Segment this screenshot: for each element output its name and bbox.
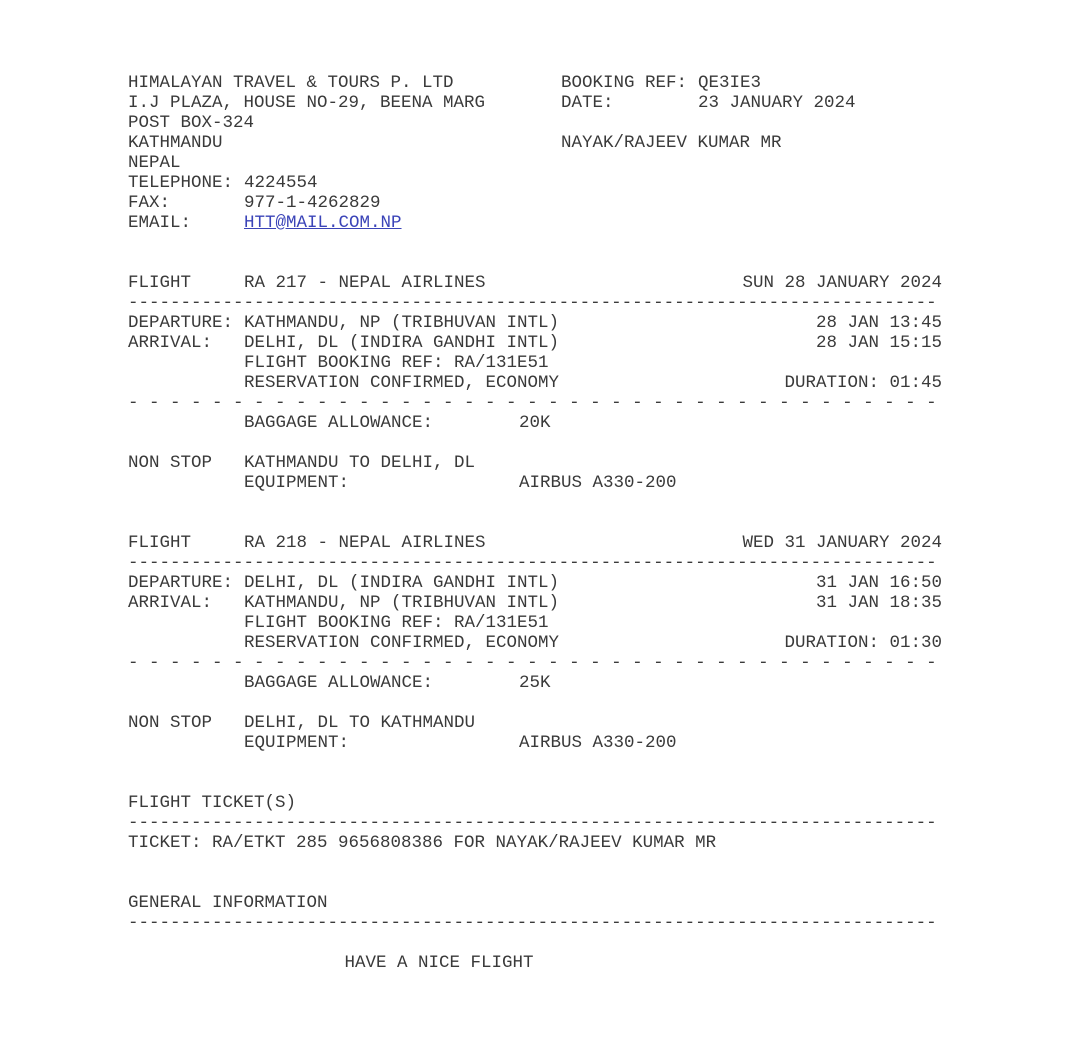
arrival-airport: KATHMANDU, NP (TRIBHUVAN INTL) <box>244 593 559 613</box>
spacer <box>128 933 942 953</box>
header-line-3: POST BOX-324 <box>128 113 942 133</box>
arrival-label: ARRIVAL: <box>128 593 212 613</box>
reservation-row: RESERVATION CONFIRMED, ECONOMY DURATION:… <box>128 373 942 393</box>
fax-label: FAX: <box>128 193 170 213</box>
equipment-value: AIRBUS A330-200 <box>519 473 677 493</box>
booking-ref-row: FLIGHT BOOKING REF: RA/131E51 <box>128 353 942 373</box>
arrival-row: ARRIVAL: KATHMANDU, NP (TRIBHUVAN INTL) … <box>128 593 942 613</box>
fax-value: 977-1-4262829 <box>244 193 381 213</box>
departure-row: DEPARTURE: KATHMANDU, NP (TRIBHUVAN INTL… <box>128 313 942 333</box>
flight-date: SUN 28 JANUARY 2024 <box>742 273 942 293</box>
agency-address-line1: I.J PLAZA, HOUSE NO-29, BEENA MARG <box>128 93 485 113</box>
general-info-section: GENERAL INFORMATION --------------------… <box>128 893 942 973</box>
spacer <box>128 693 942 713</box>
header-line-1: HIMALAYAN TRAVEL & TOURS P. LTD BOOKING … <box>128 73 942 93</box>
header-line-4: KATHMANDU NAYAK/RAJEEV KUMAR MR <box>128 133 942 153</box>
email-link[interactable]: HTT@MAIL.COM.NP <box>244 213 402 233</box>
flight-booking-ref: FLIGHT BOOKING REF: RA/131E51 <box>244 353 549 373</box>
spacer <box>128 853 942 893</box>
equipment-row: EQUIPMENT: AIRBUS A330-200 <box>128 733 942 753</box>
equipment-row: EQUIPMENT: AIRBUS A330-200 <box>128 473 942 493</box>
solid-separator: ----------------------------------------… <box>128 553 942 573</box>
ticket-number: TICKET: RA/ETKT 285 9656808386 FOR NAYAK… <box>128 833 716 853</box>
agency-address-line2: POST BOX-324 <box>128 113 254 133</box>
equipment-value: AIRBUS A330-200 <box>519 733 677 753</box>
reservation-status: RESERVATION CONFIRMED, ECONOMY <box>244 373 559 393</box>
solid-separator: ----------------------------------------… <box>128 293 942 313</box>
tickets-heading-text: FLIGHT TICKET(S) <box>128 793 296 813</box>
solid-separator: ----------------------------------------… <box>128 813 942 833</box>
arrival-airport: DELHI, DL (INDIRA GANDHI INTL) <box>244 333 559 353</box>
departure-time: 31 JAN 16:50 <box>816 573 942 593</box>
reservation-status: RESERVATION CONFIRMED, ECONOMY <box>244 633 559 653</box>
booking-ref-value: QE3IE3 <box>698 73 761 93</box>
booking-ref-row: FLIGHT BOOKING REF: RA/131E51 <box>128 613 942 633</box>
email-row: EMAIL: HTT@MAIL.COM.NP <box>128 213 942 233</box>
email-label: EMAIL: <box>128 213 191 233</box>
general-heading: GENERAL INFORMATION <box>128 893 942 913</box>
flight-duration: DURATION: 01:45 <box>784 373 942 393</box>
spacer <box>128 493 942 533</box>
arrival-row: ARRIVAL: DELHI, DL (INDIRA GANDHI INTL) … <box>128 333 942 353</box>
route: KATHMANDU TO DELHI, DL <box>244 453 475 473</box>
route-row: NON STOP KATHMANDU TO DELHI, DL <box>128 453 942 473</box>
closing-message: HAVE A NICE FLIGHT <box>128 953 750 973</box>
equipment-label: EQUIPMENT: <box>244 473 349 493</box>
flight-duration: DURATION: 01:30 <box>784 633 942 653</box>
arrival-time: 31 JAN 18:35 <box>816 593 942 613</box>
reservation-row: RESERVATION CONFIRMED, ECONOMY DURATION:… <box>128 633 942 653</box>
arrival-time: 28 JAN 15:15 <box>816 333 942 353</box>
telephone-row: TELEPHONE: 4224554 <box>128 173 942 193</box>
itinerary-document: HIMALAYAN TRAVEL & TOURS P. LTD BOOKING … <box>128 73 942 973</box>
spacer <box>128 753 942 793</box>
spacer <box>128 233 942 273</box>
agency-city: KATHMANDU <box>128 133 223 153</box>
baggage-label: BAGGAGE ALLOWANCE: <box>244 673 433 693</box>
baggage-value: 20K <box>519 413 551 433</box>
flight-header: FLIGHT RA 218 - NEPAL AIRLINES WED 31 JA… <box>128 533 942 553</box>
departure-label: DEPARTURE: <box>128 573 233 593</box>
stop-label: NON STOP <box>128 453 212 473</box>
flight-header: FLIGHT RA 217 - NEPAL AIRLINES SUN 28 JA… <box>128 273 942 293</box>
flight-number: RA 218 - NEPAL AIRLINES <box>244 533 486 553</box>
header-line-5: NEPAL <box>128 153 942 173</box>
baggage-value: 25K <box>519 673 551 693</box>
flight-date: WED 31 JANUARY 2024 <box>742 533 942 553</box>
departure-airport: DELHI, DL (INDIRA GANDHI INTL) <box>244 573 559 593</box>
flight-booking-ref: FLIGHT BOOKING REF: RA/131E51 <box>244 613 549 633</box>
fax-row: FAX: 977-1-4262829 <box>128 193 942 213</box>
equipment-label: EQUIPMENT: <box>244 733 349 753</box>
baggage-row: BAGGAGE ALLOWANCE: 25K <box>128 673 942 693</box>
general-heading-text: GENERAL INFORMATION <box>128 893 328 913</box>
spaced-separator: - - - - - - - - - - - - - - - - - - - - … <box>128 393 942 413</box>
solid-separator: ----------------------------------------… <box>128 913 942 933</box>
spacer <box>128 433 942 453</box>
baggage-row: BAGGAGE ALLOWANCE: 20K <box>128 413 942 433</box>
booking-ref-label: BOOKING REF: <box>561 73 687 93</box>
spaced-separator: - - - - - - - - - - - - - - - - - - - - … <box>128 653 942 673</box>
baggage-label: BAGGAGE ALLOWANCE: <box>244 413 433 433</box>
tickets-section: FLIGHT TICKET(S) -----------------------… <box>128 793 942 853</box>
flight-number: RA 217 - NEPAL AIRLINES <box>244 273 486 293</box>
booking-date-label: DATE: <box>561 93 614 113</box>
telephone-value: 4224554 <box>244 173 318 193</box>
ticket-row: TICKET: RA/ETKT 285 9656808386 FOR NAYAK… <box>128 833 942 853</box>
header-line-2: I.J PLAZA, HOUSE NO-29, BEENA MARG DATE:… <box>128 93 942 113</box>
flight-label: FLIGHT <box>128 533 191 553</box>
route: DELHI, DL TO KATHMANDU <box>244 713 475 733</box>
stop-label: NON STOP <box>128 713 212 733</box>
agency-name: HIMALAYAN TRAVEL & TOURS P. LTD <box>128 73 454 93</box>
flight-label: FLIGHT <box>128 273 191 293</box>
departure-label: DEPARTURE: <box>128 313 233 333</box>
telephone-label: TELEPHONE: <box>128 173 233 193</box>
arrival-label: ARRIVAL: <box>128 333 212 353</box>
departure-airport: KATHMANDU, NP (TRIBHUVAN INTL) <box>244 313 559 333</box>
flight-segment-1: FLIGHT RA 217 - NEPAL AIRLINES SUN 28 JA… <box>128 273 942 493</box>
departure-row: DEPARTURE: DELHI, DL (INDIRA GANDHI INTL… <box>128 573 942 593</box>
passenger-name: NAYAK/RAJEEV KUMAR MR <box>561 133 782 153</box>
agency-country: NEPAL <box>128 153 181 173</box>
flight-segment-2: FLIGHT RA 218 - NEPAL AIRLINES WED 31 JA… <box>128 533 942 753</box>
tickets-heading: FLIGHT TICKET(S) <box>128 793 942 813</box>
route-row: NON STOP DELHI, DL TO KATHMANDU <box>128 713 942 733</box>
booking-date-value: 23 JANUARY 2024 <box>698 93 856 113</box>
departure-time: 28 JAN 13:45 <box>816 313 942 333</box>
